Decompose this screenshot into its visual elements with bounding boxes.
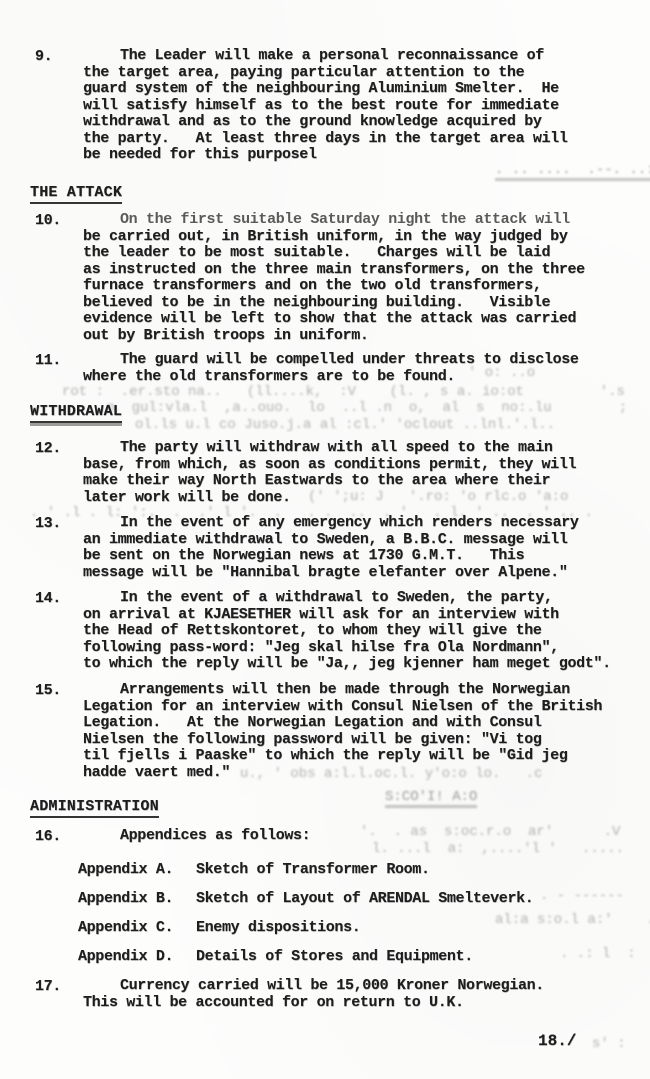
paragraph-number: 11. [35, 352, 61, 369]
paragraph-line: In the event of any emergency which rend… [83, 515, 650, 532]
paragraph-number: 14. [35, 590, 61, 607]
paragraph-line: be carried out, in British uniform, in t… [83, 229, 650, 246]
paragraph-line: On the first suitable Saturday night the… [83, 212, 650, 229]
paragraph-line: The guard will be compelled under threat… [83, 352, 650, 369]
appendix-label: Appendix C. [78, 919, 173, 936]
paragraph-line: out by British troops in uniform. [83, 328, 650, 345]
paragraph-number: 12. [35, 440, 61, 457]
bleed-through-artifact: al:a s:o.l a:' . . [495, 912, 650, 928]
paragraph-number: 13. [35, 515, 61, 532]
scanned-document-page: 9. The Leader will make a personal recon… [0, 0, 650, 1079]
paragraph-line: the Head of Rettskontoret, to whom they … [83, 623, 650, 640]
paragraph-line: Arrangements will then be made through t… [83, 682, 650, 699]
paragraph-number: 10. [35, 212, 61, 229]
paragraph-number: 15. [35, 682, 61, 699]
appendix-row-d: Appendix D. Details of Stores and Equipm… [0, 948, 650, 965]
bleed-through-artifact: S:CO'I! A:O [385, 789, 477, 808]
paragraph-line: Nielsen the following password will be g… [83, 732, 650, 749]
paragraph-line: where the old transformers are to be fou… [83, 369, 650, 386]
paragraph-line: In the event of a withdrawal to Sweden, … [83, 590, 650, 607]
paragraph-number: 17. [35, 978, 61, 995]
appendix-description: Enemy dispositions. [196, 919, 360, 936]
page-number-marker: 18./ [538, 1032, 576, 1050]
paragraph-line: The party will withdraw with all speed t… [83, 440, 650, 457]
bleed-through-artifact: (' ';u: J '.ro: 'o rlc.o 'a:o [308, 489, 568, 505]
paragraph-10: 10. On the first suitable Saturday night… [0, 212, 650, 344]
bleed-through-artifact: ol.ls u.l co Juso.j.a al :cl.' 'oclout .… [135, 417, 555, 433]
section-heading-the-attack: THE ATTACK [30, 184, 122, 204]
appendix-description: Sketch of Layout of ARENDAL Smelteverk. [196, 890, 533, 907]
appendix-label: Appendix D. [78, 948, 173, 965]
paragraph-line: Legation for an interview with Consul Ni… [83, 699, 650, 716]
paragraph-line: base, from which, as soon as conditions … [83, 457, 650, 474]
appendix-label: Appendix B. [78, 890, 173, 907]
paragraph-line: message will be "Hannibal bragte elefant… [83, 565, 650, 582]
paragraph-11: 11. The guard will be compelled under th… [0, 352, 650, 385]
section-heading-administration: ADMINISTRATION [30, 798, 159, 818]
bleed-through-artifact: .n gul:vla.l ,a..ouo. lo ..l .n o, al s … [98, 400, 627, 416]
paragraph-line: Legation. At the Norwegian Legation and … [83, 715, 650, 732]
paragraph-number: 16. [35, 828, 61, 845]
paragraph-9: 9. The Leader will make a personal recon… [0, 48, 650, 164]
appendix-description: Sketch of Transformer Room. [196, 861, 430, 878]
paragraph-line: as instructed on the three main transfor… [83, 262, 650, 279]
bleed-through-artifact: '. . as s:oc.r.o ar' .V [360, 824, 620, 840]
paragraph-line: Currency carried will be 15,000 Kroner N… [83, 978, 650, 995]
bleed-through-artifact: l. ...l a: ,....'l ' ..... [372, 841, 624, 857]
bleed-through-artifact: rot : .er.sto na.. (ll....k, :V (l. , s … [62, 384, 625, 400]
paragraph-line: guard system of the neighbouring Alumini… [83, 81, 650, 98]
paragraph-14: 14. In the event of a withdrawal to Swed… [0, 590, 650, 673]
paragraph-line: on arrival at KJAESETHER will ask for an… [83, 607, 650, 624]
paragraph-line: to which the reply will be "Ja,, jeg kje… [83, 656, 650, 673]
paragraph-line: the leader to be most suitable. Charges … [83, 245, 650, 262]
paragraph-line: make their way North Eastwards to the ar… [83, 473, 650, 490]
appendix-label: Appendix A. [78, 861, 173, 878]
appendix-row-a: Appendix A. Sketch of Transformer Room. [0, 861, 650, 878]
paragraph-number: 9. [35, 48, 52, 65]
paragraph-line: evidence will be left to show that the a… [83, 311, 650, 328]
paragraph-line: the target area, paying particular atten… [83, 65, 650, 82]
bleed-through-artifact: . - ------ [540, 888, 624, 904]
appendix-description: Details of Stores and Equipment. [196, 948, 473, 965]
paragraph-13: 13. In the event of any emergency which … [0, 515, 650, 581]
paragraph-line: The Leader will make a personal reconnai… [83, 48, 650, 65]
ink-smudge-artifact: . .. .... .--. ..:. . ..1 [495, 162, 650, 181]
paragraph-line: furnace transformers and on the two old … [83, 278, 650, 295]
paragraph-line: will satisfy himself as to the best rout… [83, 98, 650, 115]
bleed-through-artifact: . .: l : [560, 946, 636, 962]
paragraph-line: be sent on the Norwegian news at 1730 G.… [83, 548, 650, 565]
paragraph-17: 17. Currency carried will be 15,000 Kron… [0, 978, 650, 1011]
bleed-through-artifact: u., ' obs a:l.l.oc.l. y'o:o lo. .c [240, 766, 542, 782]
paragraph-line: believed to be in the neighbouring build… [83, 295, 650, 312]
section-heading-withdrawal: WITHDRAWAL [30, 403, 122, 423]
paragraph-line: the party. At least three days in the ta… [83, 131, 650, 148]
bleed-through-artifact: ' o: ..o [468, 365, 535, 381]
paragraph-line: following pass-word: "Jeg skal hilse fra… [83, 640, 650, 657]
paragraph-line: til fjells i Paaske" to which the reply … [83, 748, 650, 765]
paragraph-line: an immediate withdrawal to Sweden, a B.B… [83, 532, 650, 549]
ink-speck-artifact: s' : [592, 1036, 626, 1052]
paragraph-line: withdrawal and as to the ground knowledg… [83, 114, 650, 131]
paragraph-line: This will be accounted for on return to … [83, 995, 650, 1012]
